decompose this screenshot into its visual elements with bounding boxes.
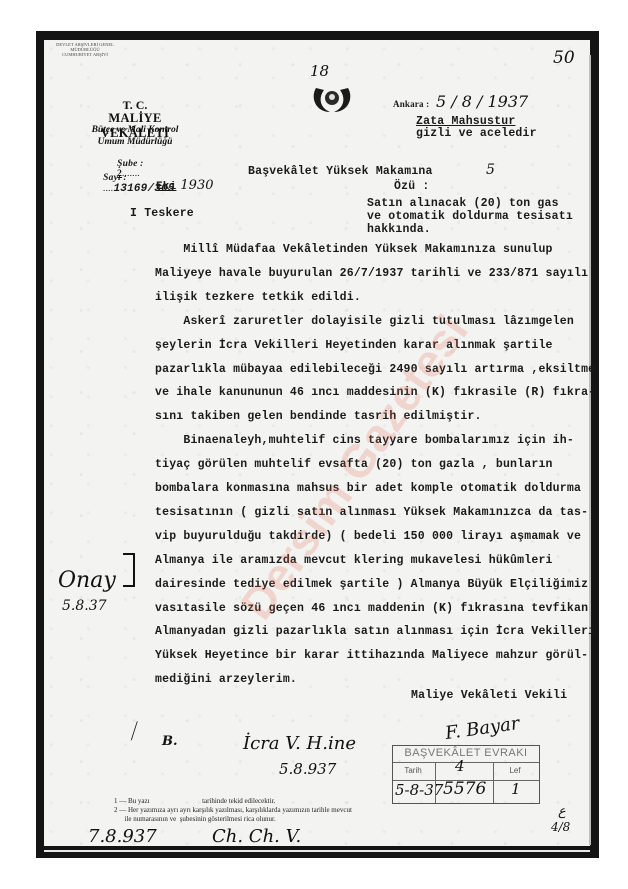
body-line: Yüksek Heyetince bir karar ittihazında M… [155, 649, 588, 662]
registry-stamp: BAŞVEKÂLET EVRAKI Tarih 4 Lef 5-8-37 557… [392, 745, 540, 804]
body-line: vasıtasile sözü geçen 46 ıncı maddenin (… [155, 602, 588, 615]
body-line: dairesinde tediye edilmek şartile ) Alma… [155, 578, 588, 591]
body-line: Maliyeye havale buyurulan 26/7/1937 tari… [155, 267, 588, 280]
page-edge [589, 55, 591, 845]
bottom-date: 7.8.937 [88, 826, 157, 847]
body-line: sını takiben gelen bendinde tasrih edilm… [155, 410, 482, 423]
archive-label-line: DEVLET ARŞİVLERİ GENEL MÜDÜRLÜĞÜ [50, 42, 120, 52]
body-line: vip buyurulduğu takdirde) ( bedeli 150 0… [155, 530, 581, 543]
stamp-date: 5-8-37 [395, 781, 443, 799]
date-value: 5 / 8 / 1937 [436, 92, 528, 111]
stamp-title: BAŞVEKÂLET EVRAKI [393, 747, 539, 759]
footnote: 1 — Bu yazı tarihinde tekid edilecektir. [114, 797, 275, 805]
footnote: ile numarasının ve şubesinin gösterilmes… [114, 815, 276, 823]
subject-line: ve otomatik doldurma tesisatı [367, 210, 573, 223]
corner-mark: ع [558, 804, 566, 819]
signature-title: Maliye Vekâleti Vekili [411, 689, 567, 702]
subject-line: hakkında. [367, 223, 431, 236]
body-line: Almanyadan gizli pazarlıkla satın alınma… [155, 625, 595, 638]
addressee: Başvekâlet Yüksek Makamına [248, 165, 433, 178]
document-type: I Teskere [130, 207, 194, 220]
eki-field: Eki 1930 [156, 176, 214, 194]
body-line: ilişik tezkere tetkik edildi. [155, 291, 361, 304]
body-line: tesisatının ( gizli satın alınması Yükse… [155, 506, 588, 519]
eki-value: 1930 [180, 178, 213, 193]
body-line: şeylerin İcra Vekilleri Heyetinden karar… [155, 339, 553, 352]
letterhead-directorate: Umum Müdürlüğü [80, 137, 190, 147]
approval-date: 5.8.37 [62, 598, 107, 614]
classification-urgent: gizli ve aceledir [416, 127, 537, 140]
subject-label: Özü : [394, 180, 430, 193]
body-line: pazarlıkla mübayaa edilebileceği 2490 sa… [155, 363, 595, 376]
stamp-extra-label: Lef [495, 766, 535, 775]
body-line: Askerî zaruretler dolayisile gizli tutul… [155, 315, 574, 328]
initials-left: B. [162, 734, 178, 749]
subject-line: Satın alınacak (20) ton gas [367, 197, 559, 210]
archive-label: DEVLET ARŞİVLERİ GENEL MÜDÜRLÜĞÜ CUMHURİ… [50, 42, 120, 57]
handwritten-mark-top: 5 [486, 162, 495, 178]
stamp-number: 5576 [443, 779, 486, 799]
archive-label-line: CUMHURİYET ARŞİVİ [50, 52, 120, 57]
sayi-label: Sayı : [103, 173, 127, 183]
folio-mark: 18 [310, 62, 329, 80]
handwritten-note-date: 5.8.937 [279, 760, 336, 778]
eki-label: Eki [156, 181, 176, 193]
bottom-initials: Ch. Ch. V. [212, 826, 301, 847]
crescent-emblem-icon [310, 84, 354, 114]
footnote: 2 — Her yazımıza ayrı ayrı karşılık yazı… [114, 806, 352, 814]
letterhead-department: Bütçe ve Malî Kontrol [80, 125, 190, 135]
approval-check-icon [123, 553, 135, 587]
body-line: Millî Müdafaa Vekâletinden Yüksek Makamı… [155, 243, 553, 256]
body-line: Almanya ile aramızda mevcut klering muka… [155, 554, 553, 567]
approval-mark: Onay [58, 568, 116, 593]
handwritten-note: İcra V. H.ine [243, 733, 356, 754]
page-number: 50 [553, 48, 575, 68]
page-edge-bottom [44, 850, 590, 852]
stamp-extra: 1 [511, 780, 521, 798]
stamp-number-header: 4 [455, 757, 465, 775]
body-line: mediğini arzeylerim. [155, 673, 297, 686]
corner-mark-number: 4/8 [551, 820, 570, 834]
stamp-date-label: Tarih [393, 766, 433, 775]
date-label: Ankara : [393, 99, 429, 109]
